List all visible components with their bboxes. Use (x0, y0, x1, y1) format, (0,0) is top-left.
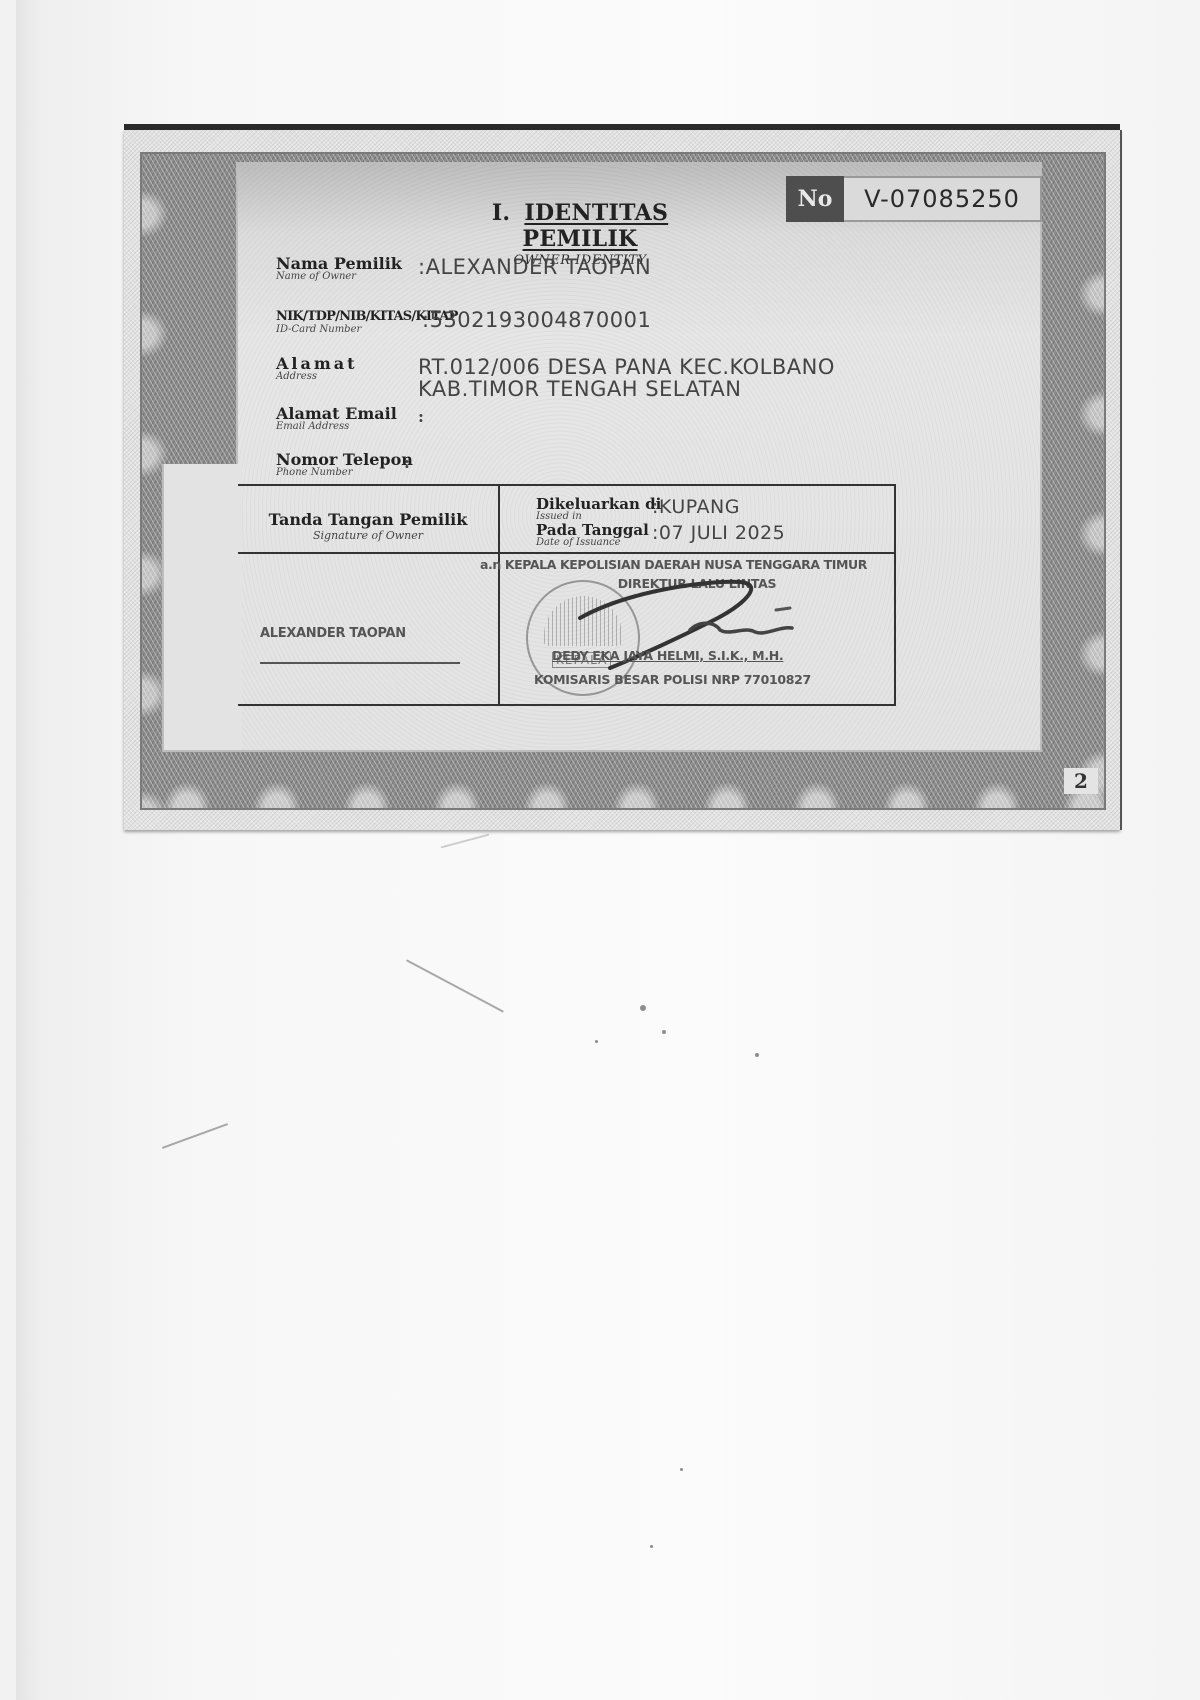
address-line-2: KAB.TIMOR TENGAH SELATAN (418, 378, 835, 400)
section-title-text: IDENTITAS PEMILIK (523, 200, 669, 252)
issued-in-label-group: Dikeluarkan di Issued in (536, 496, 652, 522)
phone-field: Nomor Telepon Phone Number : (276, 452, 410, 478)
decorative-border: I.IDENTITAS PEMILIK OWNER IDENTITY No V-… (140, 152, 1106, 810)
document-number-value: V-07085250 (844, 176, 1042, 222)
issued-in-label: Dikeluarkan di (536, 496, 652, 512)
owner-signature-name: ALEXANDER TAOPAN (260, 626, 406, 641)
authority-signature-area: KEPALA a.n KEPALA KEPOLISIAN DAERAH NUSA… (500, 554, 894, 704)
scan-speck (662, 1030, 666, 1034)
phone-value: : (404, 452, 410, 474)
scan-speck (595, 1040, 598, 1043)
scan-scratch (162, 1123, 228, 1149)
owner-name-label-group: Nama Pemilik Name of Owner (276, 256, 418, 282)
scan-scratch (406, 959, 504, 1012)
email-field: Alamat Email Email Address : (276, 406, 424, 432)
signature-table: Tanda Tangan Pemilik Signature of Owner … (238, 484, 896, 706)
address-field: Alamat Address RT.012/006 DESA PANA KEC.… (276, 356, 835, 400)
border-wave-pattern (142, 752, 1104, 808)
owner-signature-title: Tanda Tangan Pemilik (238, 510, 498, 529)
id-number-label: NIK/TDP/NIB/KITAS/KITAP (276, 309, 422, 325)
issue-date-label: Pada Tanggal (536, 522, 652, 538)
phone-sublabel: Phone Number (276, 468, 404, 478)
issue-date-value: :07 JULI 2025 (652, 522, 785, 544)
page-number: 2 (1064, 768, 1098, 794)
issue-date-field: Pada Tanggal Date of Issuance :07 JULI 2… (536, 522, 785, 548)
section-number: I. (492, 200, 511, 226)
content-panel-extension (162, 464, 242, 752)
issuance-info: Dikeluarkan di Issued in :KUPANG Pada Ta… (500, 486, 894, 554)
phone-label: Nomor Telepon (276, 452, 404, 468)
border-wave-pattern (1048, 234, 1104, 808)
issued-in-value: :KUPANG (652, 496, 740, 518)
phone-label-group: Nomor Telepon Phone Number (276, 452, 404, 478)
id-number-value: :5302193004870001 (422, 309, 651, 331)
owner-name-sublabel: Name of Owner (276, 272, 418, 282)
owner-name-value: :ALEXANDER TAOPAN (418, 256, 651, 278)
owner-name-label: Nama Pemilik (276, 256, 418, 272)
scan-scratch (441, 834, 490, 849)
scan-edge (0, 0, 16, 1700)
scan-speck (650, 1545, 653, 1548)
email-label: Alamat Email (276, 406, 418, 422)
issued-in-field: Dikeluarkan di Issued in :KUPANG (536, 496, 740, 522)
email-value: : (418, 406, 424, 428)
owner-signature-line (260, 662, 460, 664)
address-label: Alamat (276, 356, 418, 372)
address-line-1: RT.012/006 DESA PANA KEC.KOLBANO (418, 356, 835, 378)
id-number-label-group: NIK/TDP/NIB/KITAS/KITAP ID-Card Number (276, 309, 422, 335)
official-name: DEDY EKA JAYA HELMI, S.I.K., M.H. (552, 648, 783, 663)
document-number-box: No V-07085250 (786, 176, 1042, 222)
address-value: RT.012/006 DESA PANA KEC.KOLBANO KAB.TIM… (418, 356, 835, 400)
issue-date-label-group: Pada Tanggal Date of Issuance (536, 522, 652, 548)
email-sublabel: Email Address (276, 422, 418, 432)
official-rank: KOMISARIS BESAR POLISI NRP 77010827 (534, 672, 811, 687)
owner-name-field: Nama Pemilik Name of Owner :ALEXANDER TA… (276, 256, 651, 282)
scan-speck (755, 1053, 759, 1057)
scan-speck (680, 1468, 683, 1471)
owner-signature-area: ALEXANDER TAOPAN (238, 554, 500, 704)
email-label-group: Alamat Email Email Address (276, 406, 418, 432)
owner-signature-subtitle: Signature of Owner (238, 529, 498, 542)
content-panel: I.IDENTITAS PEMILIK OWNER IDENTITY No V-… (236, 162, 1042, 752)
scan-speck (640, 1005, 646, 1011)
owner-signature-header: Tanda Tangan Pemilik Signature of Owner (238, 486, 500, 554)
section-title: I.IDENTITAS PEMILIK (450, 200, 710, 252)
address-sublabel: Address (276, 372, 418, 382)
address-label-group: Alamat Address (276, 356, 418, 382)
issue-date-sublabel: Date of Issuance (536, 538, 652, 548)
id-number-sublabel: ID-Card Number (276, 325, 422, 335)
document-number-label: No (786, 176, 844, 222)
id-number-field: NIK/TDP/NIB/KITAS/KITAP ID-Card Number :… (276, 309, 651, 335)
vehicle-document-page: I.IDENTITAS PEMILIK OWNER IDENTITY No V-… (124, 130, 1120, 830)
